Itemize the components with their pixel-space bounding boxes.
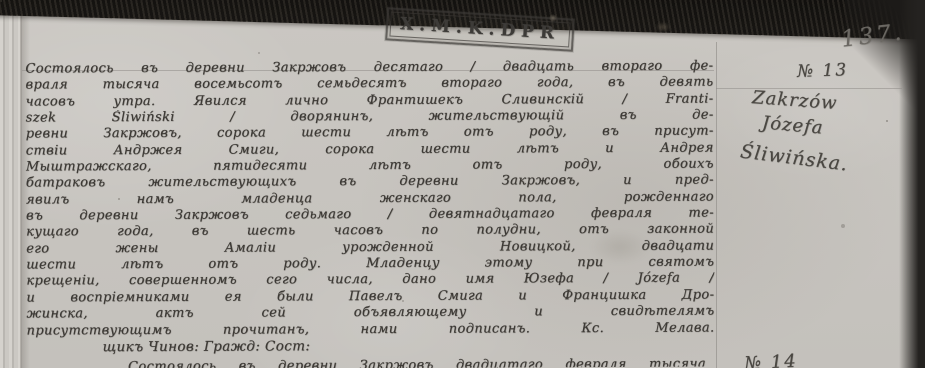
signature-line: щикъ Чинов: Гражд: Сост: [27,336,715,355]
record-text: Состоялось въ деревни Закржовъ десятаго … [25,59,714,356]
paper-stain [590,230,650,264]
page-edge-left [0,0,22,368]
stamp-text: X.M.K.DPR [389,12,570,48]
margin-record-number: № 13 [797,60,849,82]
ink-stain [655,22,671,32]
page-edge-right [899,0,925,368]
next-record-partial-line: Состоялось въ деревни Закржовъ двадцатаг… [128,356,706,368]
margin-place-name: Zakrzów [751,87,838,114]
margin-column-divider [716,42,717,368]
paper-specks [0,0,2,2]
ink-stain [549,14,557,22]
ruled-line-margin [716,88,902,89]
margin-surname: Śliwińska. [739,140,849,175]
text-line: присутствующимъ прочитанъ, нами подписан… [27,320,715,339]
margin-given-name: Józefa [761,112,824,138]
document-scan: X.M.K.DPR 137. Состоялось въ деревни Зак… [0,0,925,368]
next-record-number: № 14 [743,351,798,368]
